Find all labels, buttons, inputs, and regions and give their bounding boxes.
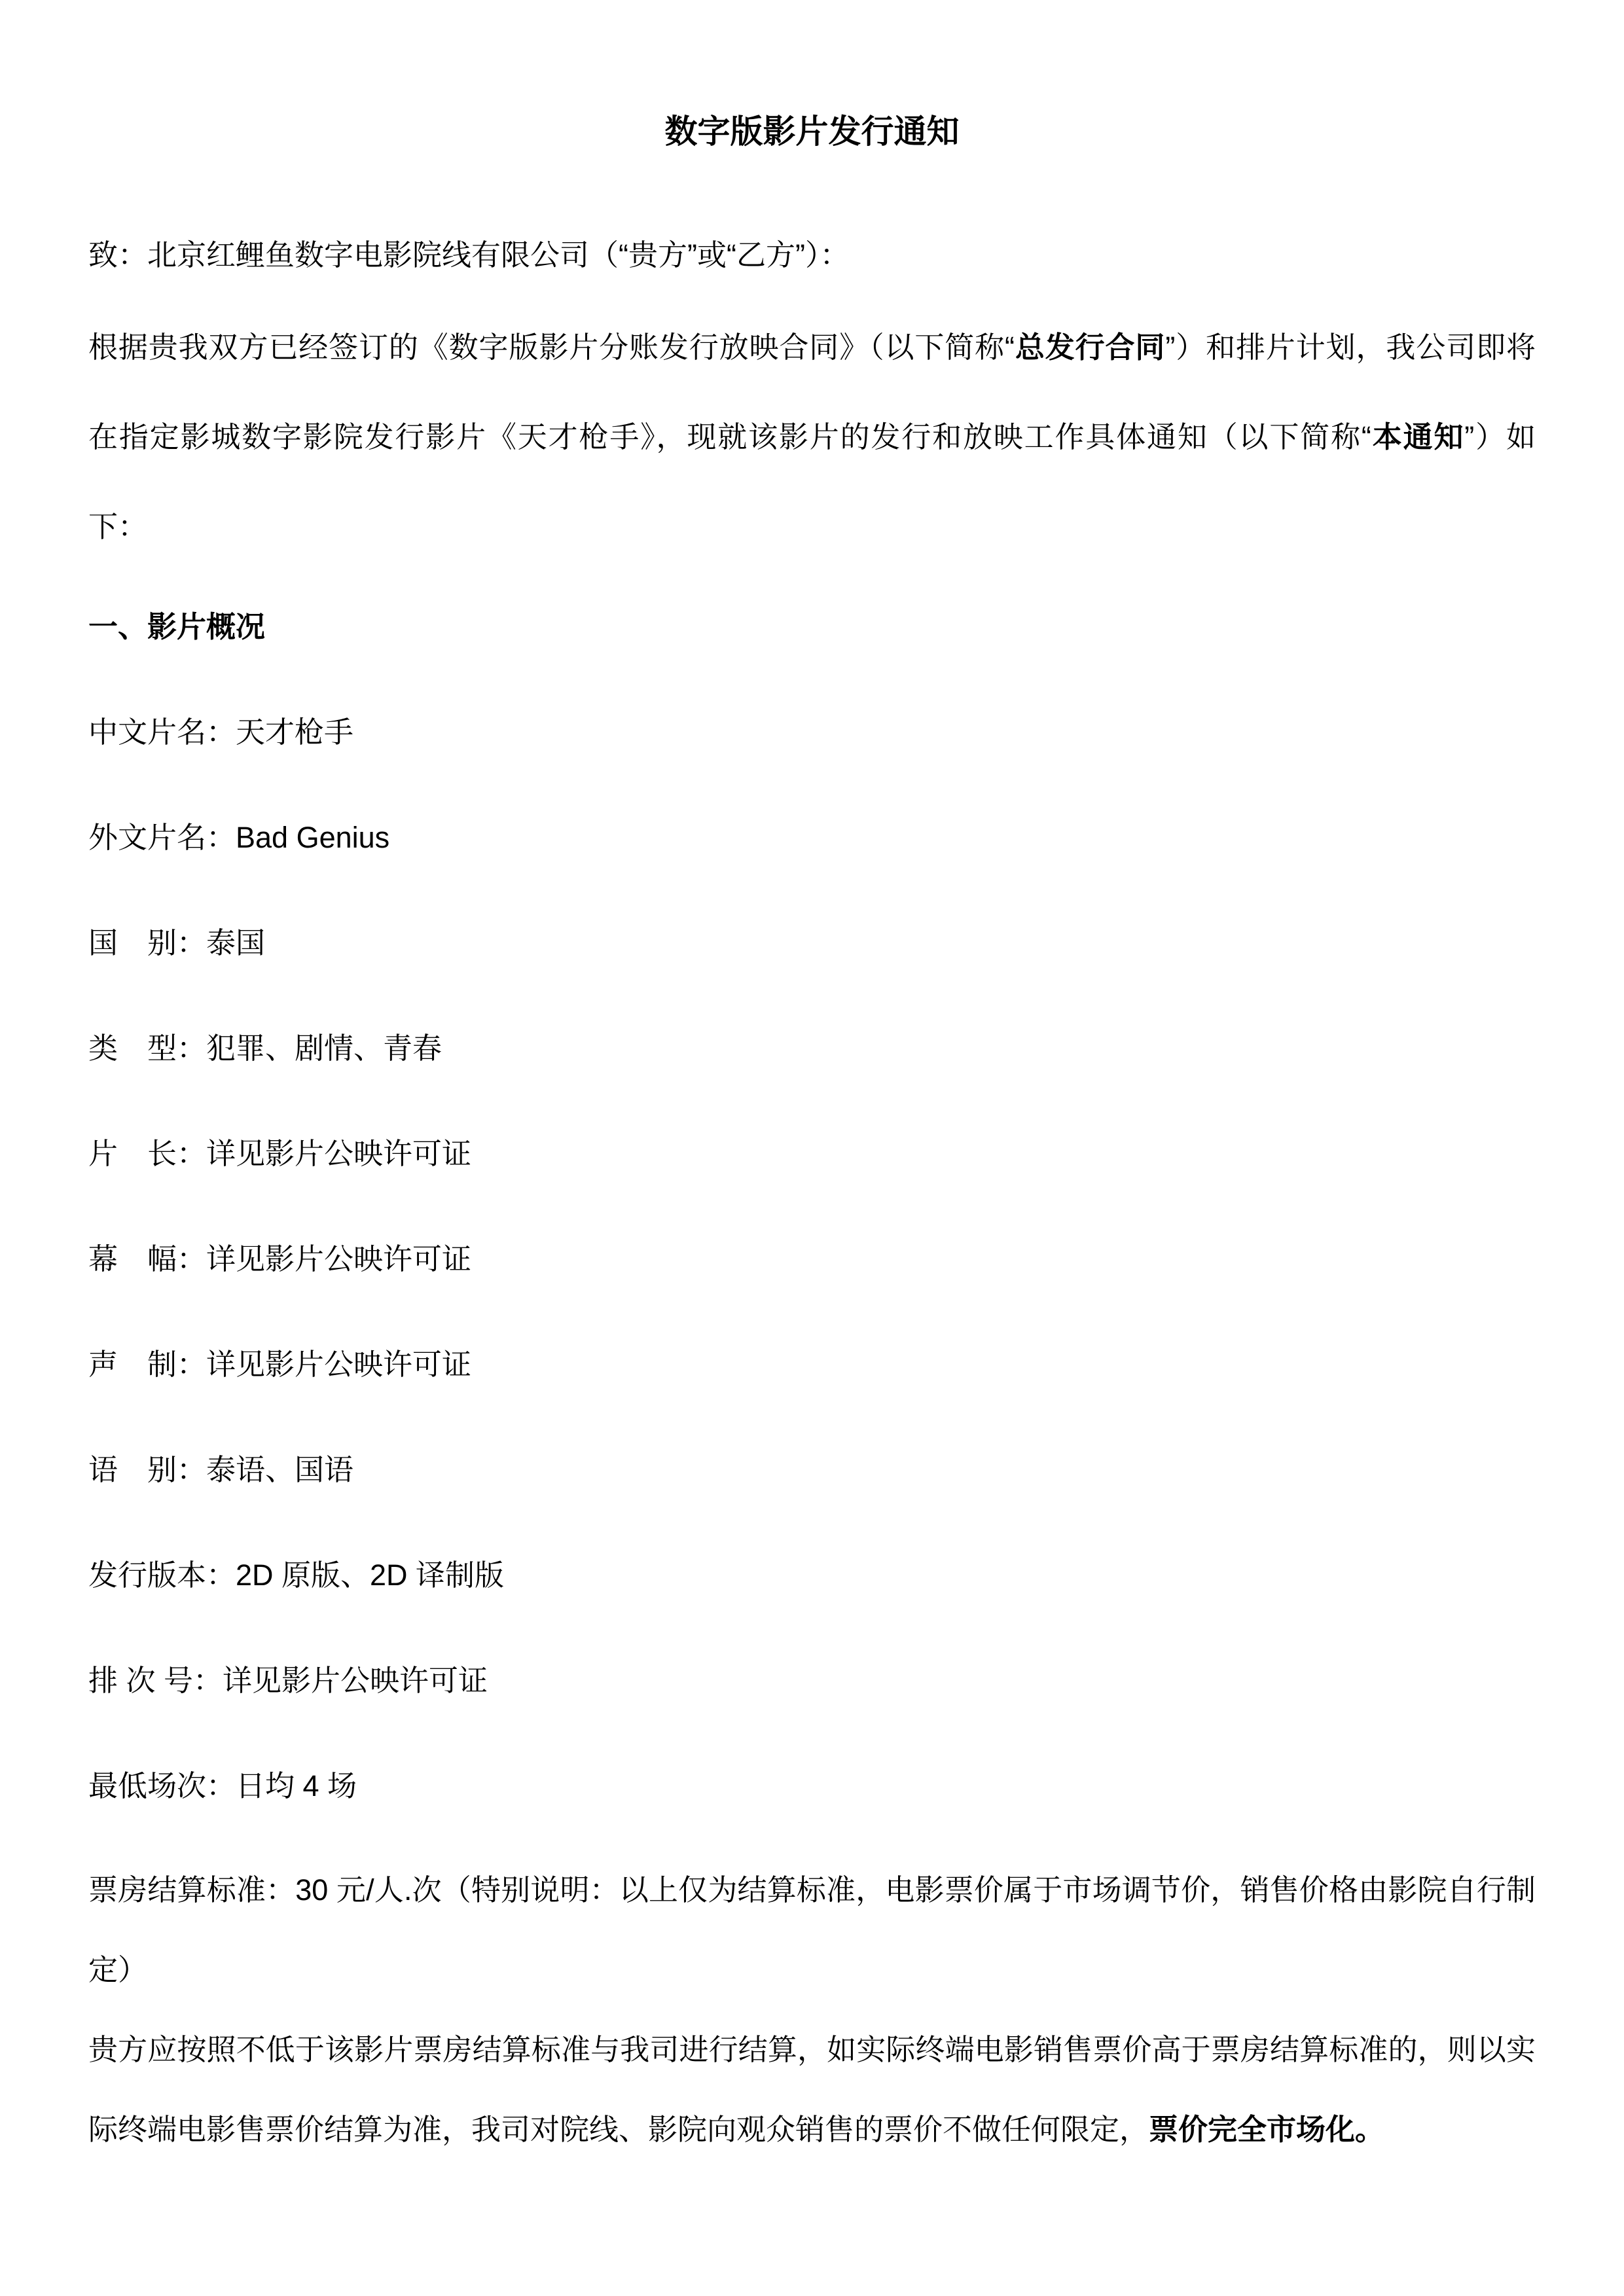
bold-text-segment: 总发行合同 (1015, 331, 1165, 364)
field-foreign-title: 外文片名：Bad Genius (88, 797, 1536, 878)
section-heading-film-overview: 一、影片概况 (88, 586, 1536, 668)
address-line: 致：北京红鲤鱼数字电影院线有限公司（“贵方”或“乙方”）： (88, 211, 1536, 299)
text-segment: 发行版本：2D 原版、2D 译制版 (88, 1558, 504, 1592)
field-runtime: 片 长：详见影片公映许可证 (88, 1113, 1536, 1194)
field-release-version: 发行版本：2D 原版、2D 译制版 (88, 1534, 1536, 1616)
intro-paragraph: 根据贵我双方已经签订的《数字版影片分账发行放映合同》（以下简称“总发行合同”）和… (88, 302, 1536, 571)
text-segment: 外文片名：Bad Genius (88, 821, 389, 854)
text-segment: 片 长：详见影片公映许可证 (88, 1137, 471, 1170)
text-segment: 排 次 号：详见影片公映许可证 (88, 1664, 488, 1697)
text-segment: 类 型：犯罪、剧情、青春 (88, 1031, 442, 1065)
text-segment: 中文片名：天才枪手 (88, 715, 353, 749)
field-minimum-screenings: 最低场次：日均 4 场 (88, 1745, 1536, 1827)
settlement-explanation-paragraph: 贵方应按照不低于该影片票房结算标准与我司进行结算，如实际终端电影销售票价高于票房… (88, 2010, 1536, 2170)
document-title: 数字版影片发行通知 (88, 108, 1536, 155)
text-segment: 最低场次：日均 4 场 (88, 1769, 357, 1803)
field-sequence-number: 排 次 号：详见影片公映许可证 (88, 1640, 1536, 1721)
field-aspect: 幕 幅：详见影片公映许可证 (88, 1218, 1536, 1300)
text-segment: 根据贵我双方已经签订的《数字版影片分账发行放映合同》（以下简称“ (88, 331, 1015, 364)
document-body: 致：北京红鲤鱼数字电影院线有限公司（“贵方”或“乙方”）：根据贵我双方已经签订的… (88, 211, 1536, 2170)
field-box-office-settlement: 票房结算标准：30 元/人.次（特别说明：以上仅为结算标准，电影票价属于市场调节… (88, 1850, 1536, 2010)
bold-text-segment: 本通知 (1371, 420, 1464, 454)
text-segment: 票房结算标准：30 元/人.次（特别说明：以上仅为结算标准，电影票价属于市场调节… (88, 1873, 1536, 1986)
bold-text-segment: 一、影片概况 (88, 610, 265, 643)
field-language: 语 别：泰语、国语 (88, 1429, 1536, 1511)
text-segment: 幕 幅：详见影片公映许可证 (88, 1242, 471, 1276)
text-segment: 声 制：详见影片公映许可证 (88, 1348, 471, 1381)
text-segment: 国 别：泰国 (88, 926, 265, 960)
field-genre: 类 型：犯罪、剧情、青春 (88, 1007, 1536, 1089)
document-page: 数字版影片发行通知 致：北京红鲤鱼数字电影院线有限公司（“贵方”或“乙方”）：根… (0, 0, 1624, 2296)
text-segment: 致：北京红鲤鱼数字电影院线有限公司（“贵方”或“乙方”）： (88, 238, 849, 272)
text-segment: 语 别：泰语、国语 (88, 1453, 353, 1486)
field-chinese-title: 中文片名：天才枪手 (88, 691, 1536, 773)
field-sound: 声 制：详见影片公映许可证 (88, 1323, 1536, 1405)
bold-text-segment: 票价完全市场化。 (1149, 2113, 1384, 2146)
field-country: 国 别：泰国 (88, 902, 1536, 984)
